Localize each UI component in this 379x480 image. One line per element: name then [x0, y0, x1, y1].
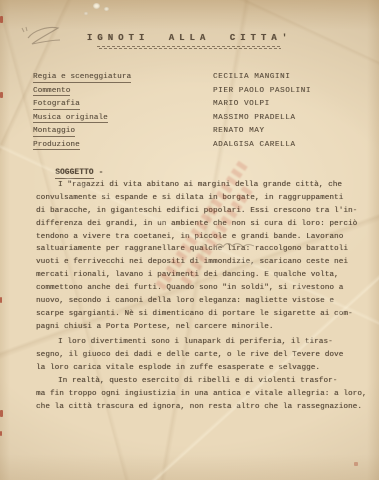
credit-label: Musica originale [33, 114, 108, 124]
text-line: tendono a vivere tra coetanei, in piccol… [36, 231, 365, 244]
section-heading-dash: - [99, 169, 104, 177]
credit-row-musica: Musica originale MASSIMO PRADELLA [33, 114, 363, 128]
text-line: di baracche, in giganteschi edifici popo… [36, 205, 365, 218]
paper-hole [93, 3, 100, 9]
paper-hole [84, 12, 88, 15]
paragraph-1: I "ragazzi di vita abitano ai margini de… [36, 179, 365, 334]
credit-label: Fotografia [33, 100, 80, 110]
text-line: differenza dei grandi, in un ambiente ch… [36, 218, 365, 231]
text-line: ma fin troppo ogni ingiustizia in una an… [36, 388, 365, 401]
title-underline [97, 46, 281, 50]
text-line: In realtà, questo esercito di ribelli e … [36, 375, 365, 388]
edge-mark [0, 297, 2, 303]
credit-value: MARIO VOLPI [213, 100, 270, 108]
credit-value: PIER PAOLO PASOLINI [213, 87, 311, 95]
text-line: convulsamente si espande e si dilata in … [36, 192, 365, 205]
stain-mark [354, 462, 358, 466]
credit-value: CECILIA MANGINI [213, 73, 290, 81]
credit-label: Montaggio [33, 127, 75, 137]
text-line: I loro divertimenti sono i lunapark di p… [36, 336, 365, 349]
section-heading-text: SOGGETTO [55, 169, 93, 179]
paragraph-2: I loro divertimenti sono i lunapark di p… [36, 336, 365, 375]
credit-row-montaggio: Montaggio RENATO MAY [33, 127, 363, 141]
credit-row-regia: Regia e sceneggiatura CECILIA MANGINI [33, 73, 363, 87]
edge-mark [0, 431, 2, 436]
text-line: vuoti e ferrivecchi nei depositi di immo… [36, 256, 365, 269]
edge-mark [0, 92, 3, 98]
text-line: segno, il giuoco dei dadi e delle carte,… [36, 349, 365, 362]
edge-mark [0, 16, 3, 23]
text-line: saltuariamente per raggranellare qualche… [36, 243, 365, 256]
paragraph-3: In realtà, questo esercito di ribelli e … [36, 375, 365, 414]
typewritten-document-page: IGNOTI ALLA CITTA' Regia e sceneggiatura… [0, 0, 379, 480]
paper-hole [104, 7, 109, 11]
credit-label: Produzione [33, 141, 80, 151]
credit-label: Commento [33, 87, 70, 97]
credit-row-produzione: Produzione ADALGISA CARELLA [33, 141, 363, 155]
credit-value: MASSIMO PRADELLA [213, 114, 296, 122]
credit-value: ADALGISA CARELLA [213, 141, 296, 149]
text-line: commettono anche dei furti. Quando sono … [36, 282, 365, 295]
text-line: I "ragazzi di vita abitano ai margini de… [36, 179, 365, 192]
credits-list: Regia e sceneggiatura CECILIA MANGINI Co… [33, 73, 363, 155]
page-title: IGNOTI ALLA CITTA' [0, 33, 379, 43]
edge-mark [0, 410, 3, 417]
credit-label: Regia e sceneggiatura [33, 73, 131, 83]
text-line: che la città trascura ed ignora, non res… [36, 401, 365, 414]
text-line: nuovo, secondo i canoni della loro elega… [36, 295, 365, 308]
text-line: scarpe sgargianti. Nè si dimenticano di … [36, 308, 365, 321]
text-line: pagni chiusi a Porta Portese, nel carcer… [36, 321, 365, 334]
text-line: la loro carica vitale esplode in zuffe e… [36, 362, 365, 375]
credit-value: RENATO MAY [213, 127, 265, 135]
credit-row-commento: Commento PIER PAOLO PASOLINI [33, 87, 363, 101]
credit-row-fotografia: Fotografia MARIO VOLPI [33, 100, 363, 114]
text-line: mercati rionali, lavano i pavimenti dei … [36, 269, 365, 282]
